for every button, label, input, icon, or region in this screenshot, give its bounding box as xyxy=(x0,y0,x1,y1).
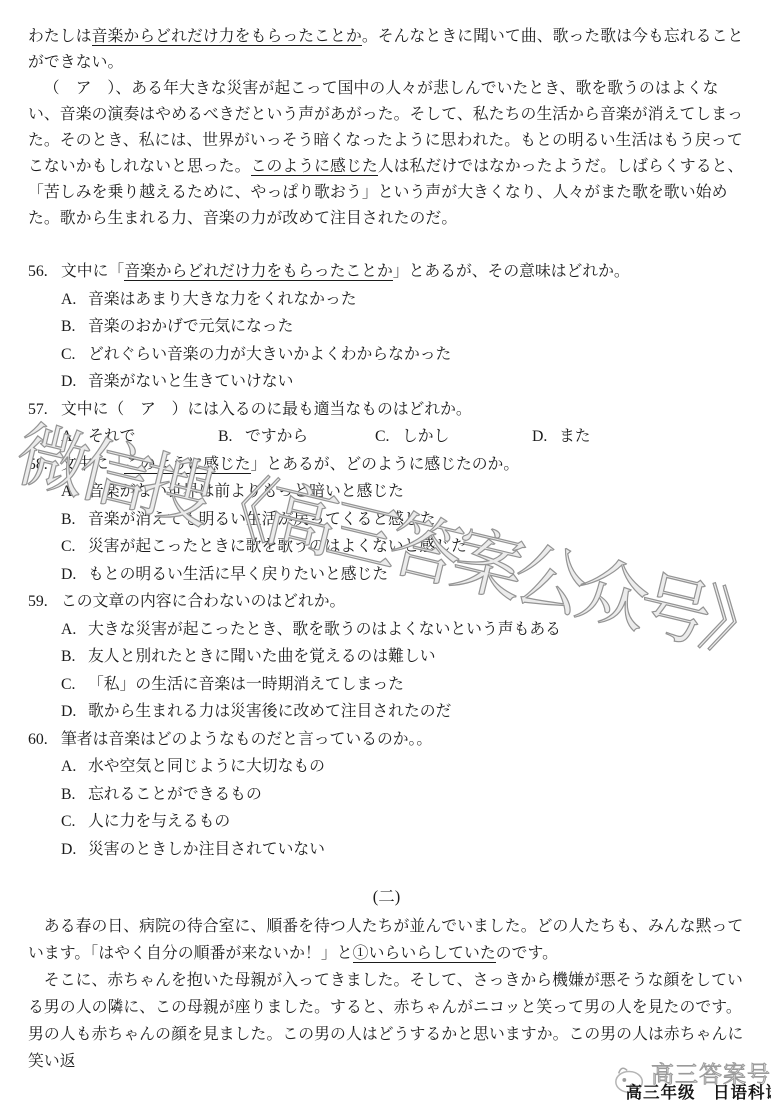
section-2-heading: (二) xyxy=(28,883,745,911)
option: D.また xyxy=(532,423,689,451)
option-letter: B. xyxy=(61,643,88,671)
underlined-phrase: 音楽からどれだけ力をもらったことか xyxy=(92,28,362,46)
option: C.「私」の生活に音楽は一時期消えてしまった xyxy=(28,671,745,699)
text-segment: 」とあるが、どのように感じたのか。 xyxy=(251,456,520,473)
question-58: 58.文中に「このように感じた」とあるが、どのように感じたのか。A.音楽がない世… xyxy=(28,451,745,589)
options-row: A.それでB.ですからC.しかしD.また xyxy=(28,423,745,451)
question-57: 57.文中に（ ア ）には入るのに最も適当なものはどれか。A.それでB.ですから… xyxy=(28,396,745,451)
option-letter: B. xyxy=(218,423,245,451)
question-number: 56. xyxy=(28,258,61,286)
option: C.災害が起こったときに歌を歌うのはよくないと感じた xyxy=(28,533,745,561)
option-text: どれぐらい音楽の力が大きいかよくわからなかった xyxy=(88,341,745,369)
text-segment: 文中に「 xyxy=(61,456,124,473)
text-segment: この文章の内容に合わないのはどれか。 xyxy=(61,593,345,610)
question-56: 56.文中に「音楽からどれだけ力をもらったことか」とあるが、その意味はどれか。A… xyxy=(28,258,745,396)
option: B.忘れることができるもの xyxy=(28,781,745,809)
option-text: 音楽がないと生きていけない xyxy=(88,368,745,396)
option-text: それで xyxy=(88,423,218,451)
passage-paragraph: （ ア ）、ある年大きな災害が起こって国中の人々が悲しんでいたとき、歌を歌うのは… xyxy=(28,76,745,232)
option-letter: C. xyxy=(61,808,88,836)
option-letter: A. xyxy=(61,478,88,506)
footer-subject-label: 高三年级 日语科试 xyxy=(611,1082,771,1103)
option: B.ですから xyxy=(218,423,375,451)
option-letter: D. xyxy=(61,561,88,589)
option-letter: C. xyxy=(61,671,88,699)
option: B.友人と別れたときに聞いた曲を覚えるのは難しい xyxy=(28,643,745,671)
option-text: 音楽がない世界は前よりもっと暗いと感じた xyxy=(88,478,745,506)
option-text: 災害のときしか注目されていない xyxy=(88,836,745,864)
question-number: 58. xyxy=(28,451,61,479)
option: D.歌から生まれる力は災害後に改めて注目されたのだ xyxy=(28,698,745,726)
question-60: 60.筆者は音楽はどのようなものだと言っているのか。。A.水や空気と同じように大… xyxy=(28,726,745,864)
page-content: わたしは音楽からどれだけ力をもらったことか。そんなときに聞いて曲、歌った歌は今も… xyxy=(28,0,745,1075)
option-letter: D. xyxy=(61,368,88,396)
option-letter: A. xyxy=(61,753,88,781)
option-letter: D. xyxy=(61,698,88,726)
question-prompt: 筆者は音楽はどのようなものだと言っているのか。。 xyxy=(61,726,745,754)
passage-paragraph: わたしは音楽からどれだけ力をもらったことか。そんなときに聞いて曲、歌った歌は今も… xyxy=(28,24,745,76)
underlined-phrase: このように感じた xyxy=(124,456,250,474)
question-prompt-row: 57.文中に（ ア ）には入るのに最も適当なものはどれか。 xyxy=(28,396,745,424)
option-letter: C. xyxy=(375,423,402,451)
option-text: しかし xyxy=(402,423,532,451)
question-prompt: 文中に「音楽からどれだけ力をもらったことか」とあるが、その意味はどれか。 xyxy=(61,258,745,286)
text-segment: わたしは xyxy=(28,28,92,45)
option-letter: D. xyxy=(532,423,559,451)
option: B.音楽のおかげで元気になった xyxy=(28,313,745,341)
exam-page: 微信搜《高三答案公众号》 わたしは音楽からどれだけ力をもらったことか。そんなとき… xyxy=(0,0,771,1105)
option-text: 「私」の生活に音楽は一時期消えてしまった xyxy=(88,671,745,699)
questions-list: 56.文中に「音楽からどれだけ力をもらったことか」とあるが、その意味はどれか。A… xyxy=(28,258,745,863)
option-letter: A. xyxy=(61,616,88,644)
text-segment: のです。 xyxy=(496,945,558,962)
option-text: また xyxy=(559,423,689,451)
option: A.音楽はあまり大きな力をくれなかった xyxy=(28,286,745,314)
option-text: もとの明るい生活に早く戻りたいと感じた xyxy=(88,561,745,589)
option-text: 水や空気と同じように大切なもの xyxy=(88,753,745,781)
question-number: 59. xyxy=(28,588,61,616)
question-prompt: 文中に「このように感じた」とあるが、どのように感じたのか。 xyxy=(61,451,745,479)
question-prompt: この文章の内容に合わないのはどれか。 xyxy=(61,588,745,616)
passage-paragraph: そこに、赤ちゃんを抱いた母親が入ってきました。そして、さっきから機嫌が悪そうな顔… xyxy=(28,967,745,1075)
option-text: 音楽はあまり大きな力をくれなかった xyxy=(88,286,745,314)
text-segment: 」とあるが、その意味はどれか。 xyxy=(393,263,630,280)
option: A.大きな災害が起こったとき、歌を歌うのはよくないという声もある xyxy=(28,616,745,644)
option: A.それで xyxy=(61,423,218,451)
option-text: 大きな災害が起こったとき、歌を歌うのはよくないという声もある xyxy=(88,616,745,644)
option-letter: A. xyxy=(61,423,88,451)
text-segment: そこに、赤ちゃんを抱いた母親が入ってきました。そして、さっきから機嫌が悪そうな顔… xyxy=(28,972,743,1070)
option-text: 友人と別れたときに聞いた曲を覚えるのは難しい xyxy=(88,643,745,671)
option-letter: D. xyxy=(61,836,88,864)
section-2-paragraphs: ある春の日、病院の待合室に、順番を待つ人たちが並んでいました。どの人たちも、みん… xyxy=(28,913,745,1075)
underlined-phrase: ①いらいらしていた xyxy=(353,945,496,963)
option-text: 歌から生まれる力は災害後に改めて注目されたのだ xyxy=(88,698,745,726)
underlined-phrase: このように感じた xyxy=(251,158,378,176)
text-segment: 筆者は音楽はどのようなものだと言っているのか。。 xyxy=(61,731,432,748)
option: D.音楽がないと生きていけない xyxy=(28,368,745,396)
option: A.水や空気と同じように大切なもの xyxy=(28,753,745,781)
question-number: 57. xyxy=(28,396,61,424)
option-letter: A. xyxy=(61,286,88,314)
option: C.人に力を与えるもの xyxy=(28,808,745,836)
option-text: 音楽のおかげで元気になった xyxy=(88,313,745,341)
question-prompt: 文中に（ ア ）には入るのに最も適当なものはどれか。 xyxy=(61,396,745,424)
question-prompt-row: 60.筆者は音楽はどのようなものだと言っているのか。。 xyxy=(28,726,745,754)
underlined-phrase: 音楽からどれだけ力をもらったことか xyxy=(124,263,393,281)
text-segment: 文中に（ ア ）には入るのに最も適当なものはどれか。 xyxy=(61,401,472,418)
option: A.音楽がない世界は前よりもっと暗いと感じた xyxy=(28,478,745,506)
option-text: 災害が起こったときに歌を歌うのはよくないと感じた xyxy=(88,533,745,561)
option-text: 人に力を与えるもの xyxy=(88,808,745,836)
option-letter: B. xyxy=(61,506,88,534)
option: D.災害のときしか注目されていない xyxy=(28,836,745,864)
question-59: 59.この文章の内容に合わないのはどれか。A.大きな災害が起こったとき、歌を歌う… xyxy=(28,588,745,726)
option-text: 忘れることができるもの xyxy=(88,781,745,809)
option: C.どれぐらい音楽の力が大きいかよくわからなかった xyxy=(28,341,745,369)
footer: 高三答案号 高三年级 日语科试 xyxy=(611,1062,771,1103)
question-number: 60. xyxy=(28,726,61,754)
option-text: 音楽が消えても明るい生活が戻ってくると感じた xyxy=(88,506,745,534)
option: C.しかし xyxy=(375,423,532,451)
question-prompt-row: 59.この文章の内容に合わないのはどれか。 xyxy=(28,588,745,616)
option-letter: B. xyxy=(61,313,88,341)
passage-paragraph: ある春の日、病院の待合室に、順番を待つ人たちが並んでいました。どの人たちも、みん… xyxy=(28,913,745,967)
question-prompt-row: 58.文中に「このように感じた」とあるが、どのように感じたのか。 xyxy=(28,451,745,479)
option-letter: B. xyxy=(61,781,88,809)
passage-1: わたしは音楽からどれだけ力をもらったことか。そんなときに聞いて曲、歌った歌は今も… xyxy=(28,0,745,232)
question-prompt-row: 56.文中に「音楽からどれだけ力をもらったことか」とあるが、その意味はどれか。 xyxy=(28,258,745,286)
option: D.もとの明るい生活に早く戻りたいと感じた xyxy=(28,561,745,589)
option-text: ですから xyxy=(245,423,375,451)
option: B.音楽が消えても明るい生活が戻ってくると感じた xyxy=(28,506,745,534)
option-letter: C. xyxy=(61,341,88,369)
text-segment: 文中に「 xyxy=(61,263,124,280)
option-letter: C. xyxy=(61,533,88,561)
